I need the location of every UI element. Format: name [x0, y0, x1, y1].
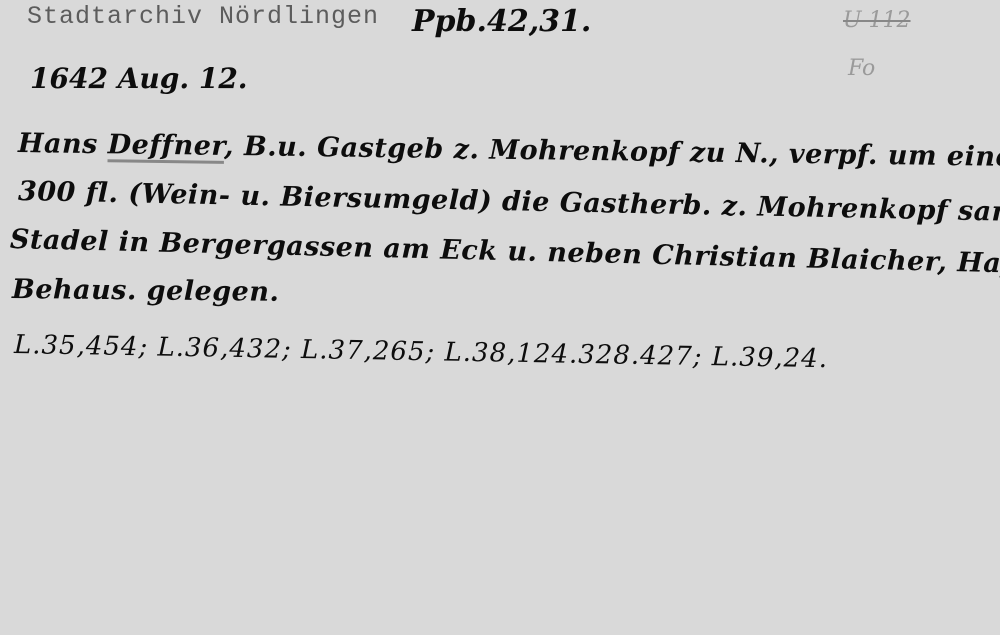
struck-corner-mark: U 112 — [843, 8, 911, 33]
body-line-1-prefix: Hans — [18, 128, 98, 160]
source-references: L.35,454; L.36,432; L.37,265; L.38,124.3… — [14, 330, 829, 374]
archive-signature: Ppb.42,31. — [412, 4, 591, 39]
body-line-3: Stadel in Bergergassen am Eck u. neben C… — [10, 224, 1000, 281]
archive-header: Stadtarchiv Nördlingen — [27, 2, 379, 31]
corner-annotation: Fo — [848, 56, 875, 81]
person-name: Deffner — [108, 129, 225, 162]
body-line-1: Hans Deffner, B.u. Gastgeb z. Mohrenkopf… — [18, 128, 1000, 175]
body-line-1-rest: , B.u. Gastgeb z. Mohrenkopf zu N., verp… — [224, 131, 1000, 175]
body-line-4: Behaus. gelegen. — [12, 274, 280, 308]
archive-index-card: Stadtarchiv Nördlingen Ppb.42,31. U 112 … — [0, 0, 1000, 635]
body-line-2: 300 fl. (Wein- u. Biersumgeld) die Gasth… — [18, 176, 1000, 233]
record-date: 1642 Aug. 12. — [30, 62, 248, 95]
